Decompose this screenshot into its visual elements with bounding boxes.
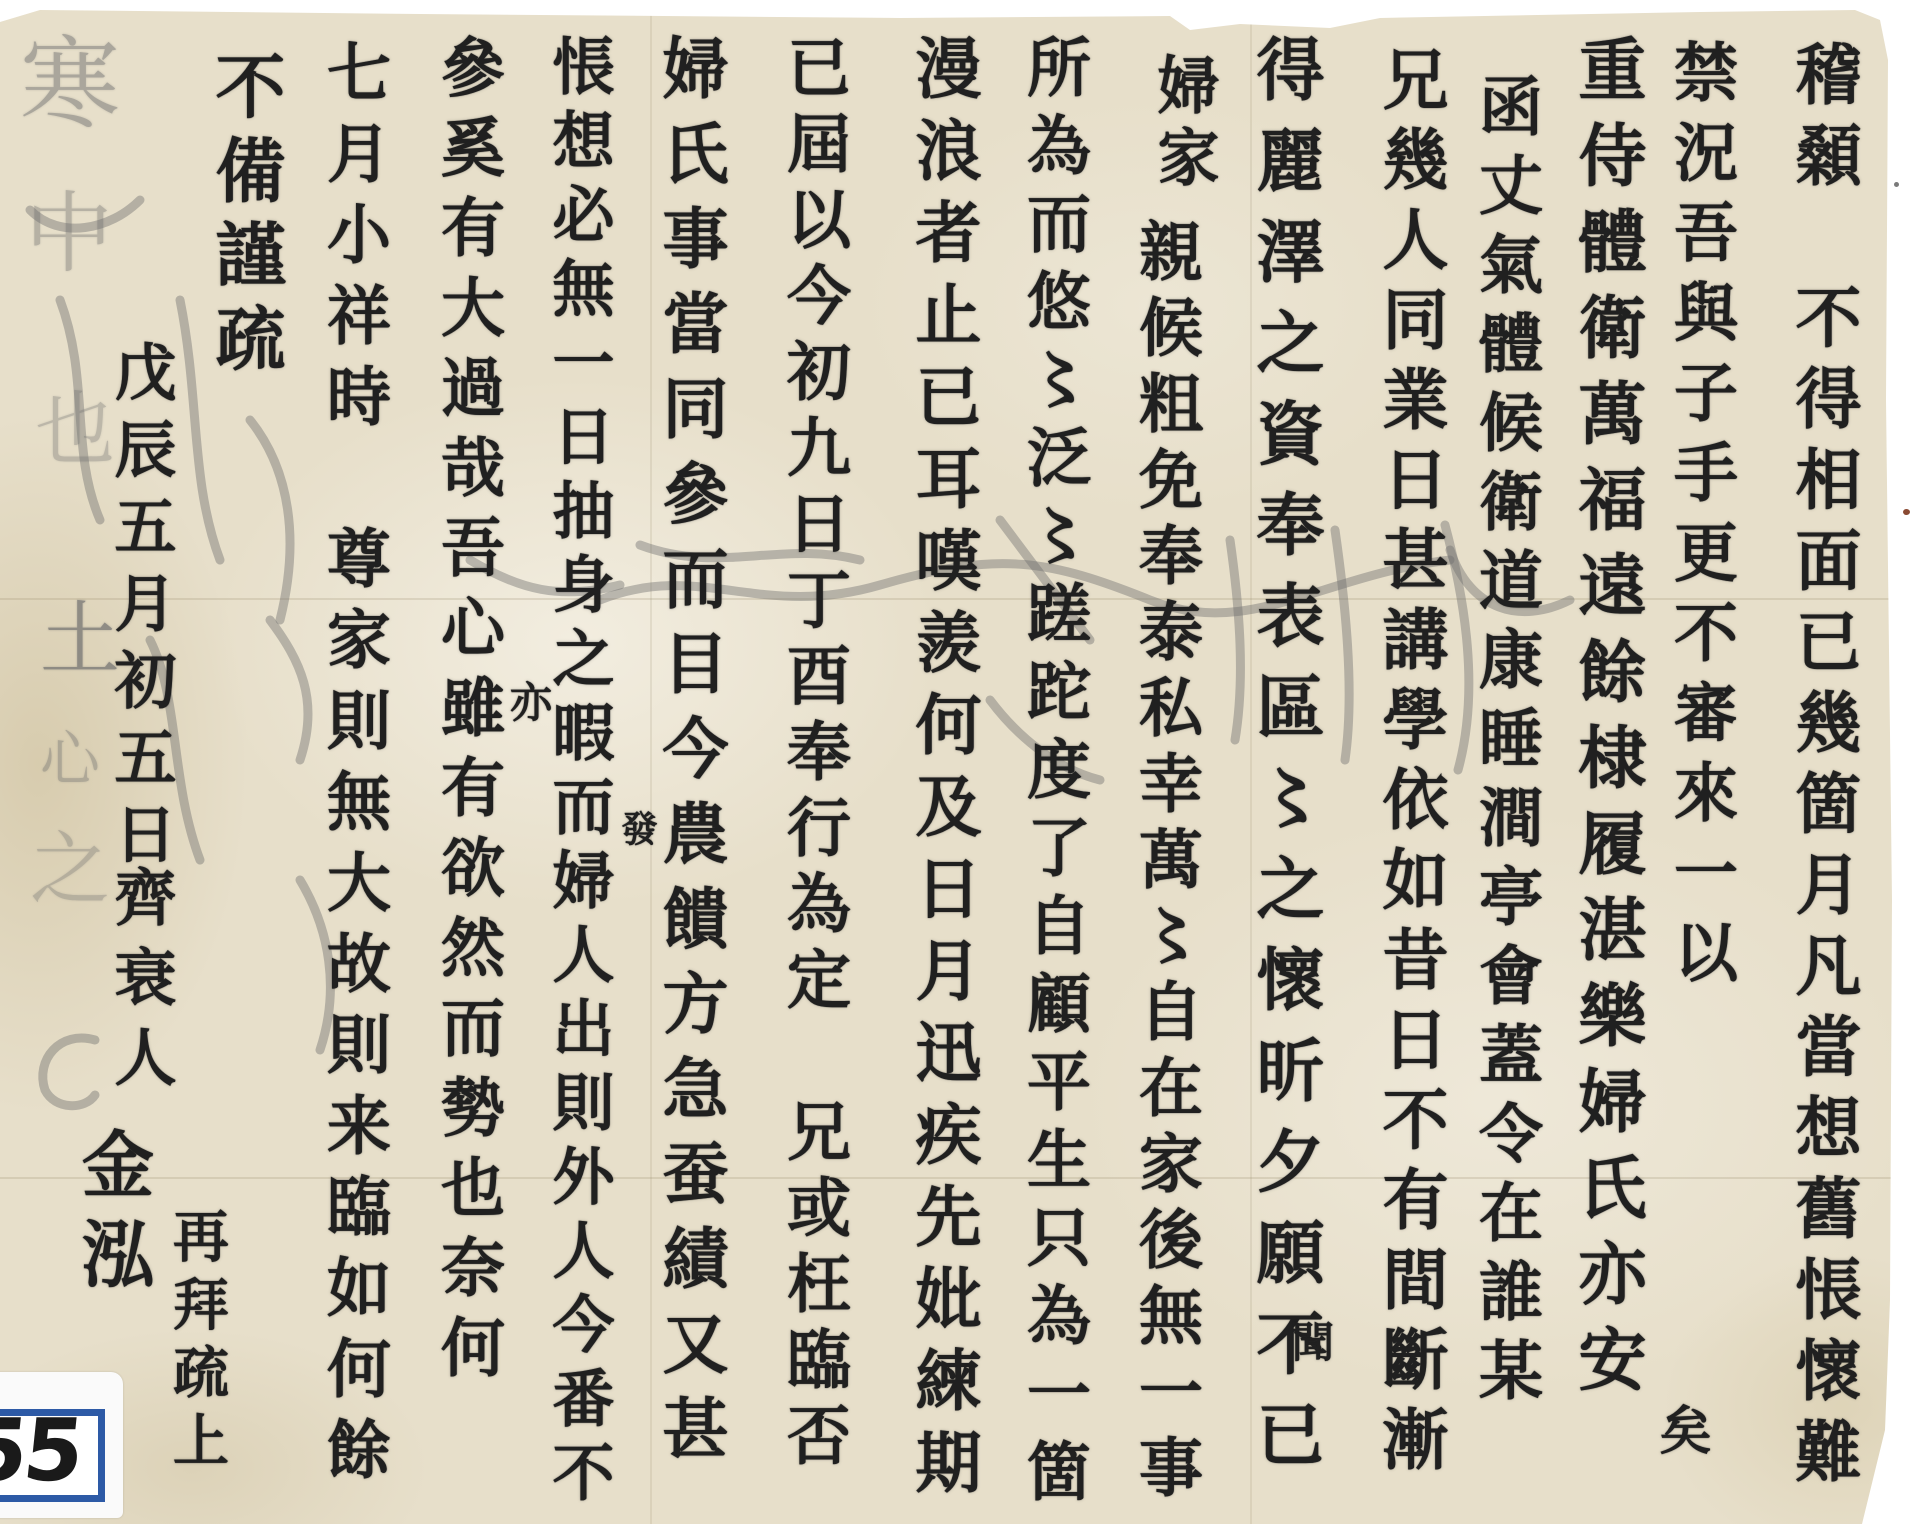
manuscript-paper: 寒 中 也 土 心 之 稽顙 不得相面已幾箇月凡當想舊悵懷難 禁況吾與子手更不審… — [0, 0, 1920, 1529]
interlinear-note: 聞 — [1289, 1320, 1331, 1362]
faint-mark: 之 — [30, 830, 110, 910]
faint-mark: 中 — [25, 190, 113, 278]
interlinear-note: 矣 — [1654, 1403, 1706, 1455]
letter-column-8: 所為而悠〻泛〻蹉跎度了自顧平生只為一箇 — [1021, 34, 1085, 1516]
letter-column-2: 禁況吾與子手更不審來一以 — [1668, 39, 1732, 999]
letter-column-3: 重侍體衛萬福遠餘棣履湛樂婦氏亦安 — [1573, 34, 1641, 1410]
letter-column-11: 婦氏事當同參而目今農饋方急蚕績又甚 — [657, 34, 723, 1479]
letter-column-7: 親候粗免奉泰私幸萬〻自在家後無一事 — [1133, 218, 1197, 1510]
interlinear-note: 發 — [619, 810, 655, 846]
faint-mark: 心 — [40, 730, 100, 790]
letter-column-4: 函丈氣體候衛道康睡澗亭會蓋令在誰某 — [1473, 73, 1537, 1416]
archive-number-label: 55 — [0, 1372, 123, 1518]
interlinear-note: 亦 — [507, 680, 549, 722]
faint-mark: 也 — [35, 390, 115, 470]
signature-mourning-title: 齊衰人 — [109, 865, 171, 1105]
archive-number: 55 — [0, 1409, 84, 1494]
letter-column-10: 已屆以今初九日丁酉奉行為定 兄或枉臨否 — [781, 34, 845, 1478]
signature-closing: 再拜疏上 — [169, 1207, 225, 1479]
closing-formula: 不備謹疏 — [210, 50, 280, 386]
letter-column-7-heading: 婦家 — [1152, 53, 1214, 197]
letter-column-5: 兄幾人同業日甚講學依如昔日不有間斷漸 — [1377, 45, 1443, 1485]
letter-column-14: 七月小祥時 尊家則無大故則来臨如何餘 — [321, 39, 385, 1497]
letter-column-9: 漫浪者止已耳嘆羨何及日月迅疾先妣練期 — [910, 34, 976, 1510]
faint-mark: 寒 — [20, 35, 120, 135]
letter-column-6: 得麗澤之資奉表區〻之懷昕夕願不已 — [1251, 34, 1319, 1490]
letter-column-1: 稽顙 不得相面已幾箇月凡當想舊悵懷難 — [1790, 40, 1856, 1498]
ink-speck — [1903, 509, 1910, 515]
archive-label-border: 55 — [0, 1409, 105, 1502]
signature-date: 戊辰五月初五日 — [109, 340, 171, 879]
letter-column-13: 參奚有大過哉吾心雖有欲然而勢也奈何 — [435, 34, 499, 1394]
signature-name: 金泓 — [76, 1127, 148, 1307]
ink-speck — [1894, 182, 1899, 187]
letter-column-12: 悵想必無一日抽身之暇而婦人出則外人今番不 — [547, 34, 609, 1514]
